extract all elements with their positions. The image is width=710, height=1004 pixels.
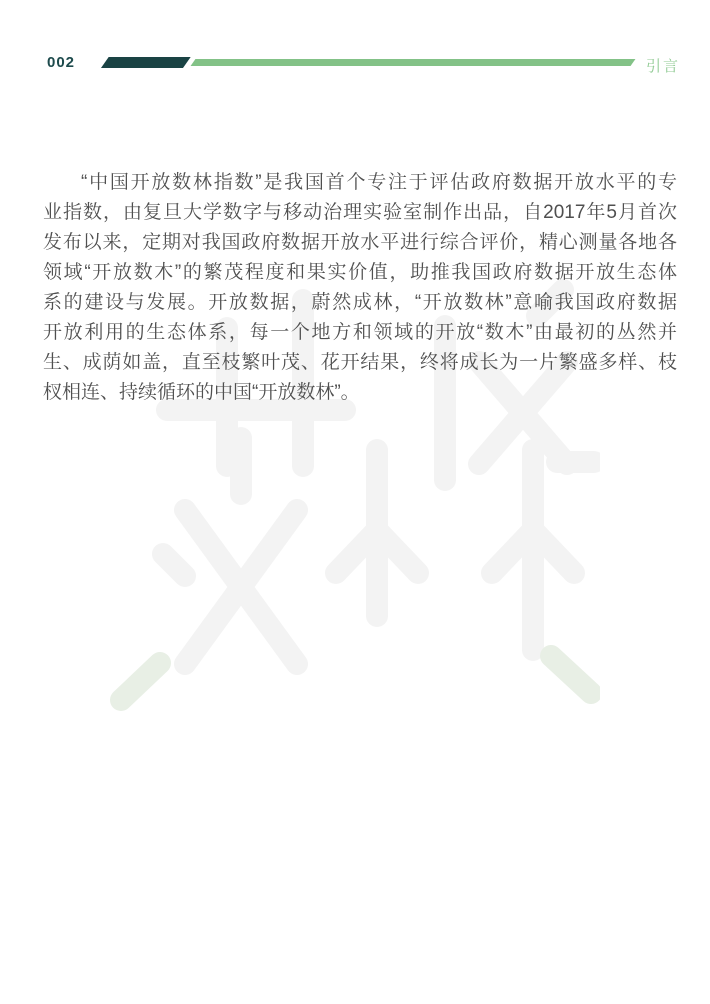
watermark-green-accents	[121, 656, 591, 700]
page-number: 002	[47, 54, 75, 71]
paragraph-line: 领域“开放数木”的繁茂程度和果实价值，助推我国政府数据开放生态体	[43, 258, 677, 288]
paragraph-line: 系的建设与发展。开放数据，蔚然成林，“开放数林”意喻我国政府数据	[43, 288, 677, 318]
header-bar-dark	[101, 57, 190, 68]
paragraph-line: 开放利用的生态体系，每一个地方和领域的开放“数木”由最初的丛然并	[43, 318, 677, 348]
watermark-glyph-shu	[163, 438, 297, 664]
paragraph-line: 杈相连、持续循环的中国“开放数林”。	[43, 378, 677, 408]
watermark-glyph-lin	[336, 450, 594, 650]
paragraph-line: “中国开放数林指数”是我国首个专注于评估政府数据开放水平的专	[43, 168, 677, 198]
paragraph-line: 发布以来，定期对我国政府数据开放水平进行综合评价，精心测量各地各	[43, 228, 677, 258]
intro-paragraph: “中国开放数林指数”是我国首个专注于评估政府数据开放水平的专 业指数，由复旦大学…	[43, 168, 677, 408]
paragraph-line: 生、成荫如盖，直至枝繁叶茂、花开结果，终将成长为一片繁盛多样、枝	[43, 348, 677, 378]
header-bar-green	[191, 59, 636, 66]
paragraph-line: 业指数，由复旦大学数字与移动治理实验室制作出品，自2017年5月首次	[43, 198, 677, 228]
section-label: 引言	[646, 55, 680, 76]
